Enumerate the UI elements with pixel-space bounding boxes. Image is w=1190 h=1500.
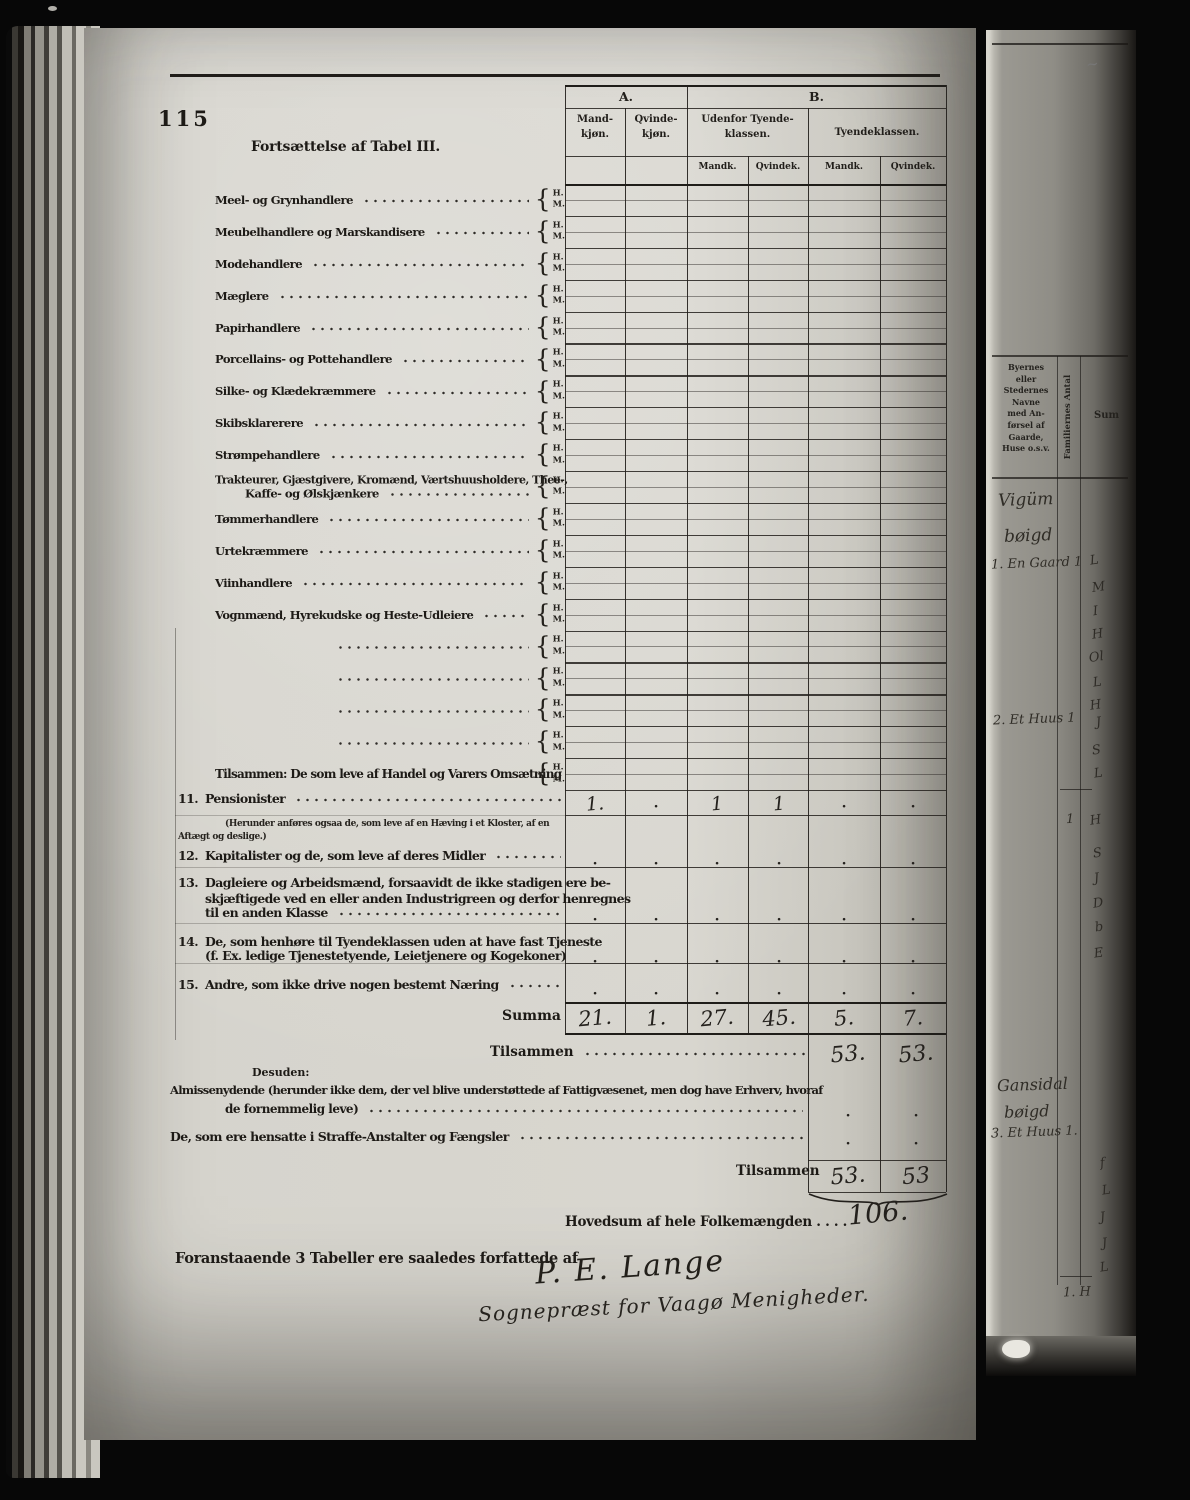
dotted-leader: [388, 493, 529, 497]
dotted-leader: [294, 798, 561, 802]
item-13-line1-with-number: 13.Dagleiere og Arbeidsmænd, forsaavidt …: [178, 875, 610, 890]
straffe-row: De, som ere hensatte i Straffe-Anstalter…: [170, 1130, 808, 1144]
value-dot: ·: [911, 856, 916, 872]
value-dot: ·: [842, 856, 847, 872]
dotted-leader: [508, 984, 561, 988]
occupation-label: Modehandlere: [215, 257, 302, 271]
dotted-leader: [482, 614, 529, 618]
value-dot: ·: [911, 912, 916, 928]
tilsammen2-label: Tilsammen: [736, 1163, 820, 1179]
brace-glyph: {: [535, 667, 551, 690]
adjacent-page-paper: [986, 30, 1136, 1360]
hm-letters: H. M.: [553, 603, 565, 626]
hm-letters: H. M.: [553, 252, 565, 275]
right-page-subtotal-line: [1060, 789, 1092, 790]
brace-glyph: {: [535, 635, 551, 658]
value-dot: ·: [654, 912, 659, 928]
grid-line: [565, 815, 946, 816]
brace-glyph: {: [535, 380, 551, 403]
right-page-fragment: M: [1091, 579, 1106, 596]
brace-glyph: {: [535, 603, 551, 626]
grid-line: [565, 599, 946, 600]
item-label: De, som henhøre til Tyendeklassen uden a…: [205, 934, 602, 949]
right-page-rotated-header: Familiernes Antal: [1063, 371, 1073, 463]
grid-line: [565, 407, 946, 408]
grid-line: [565, 758, 946, 759]
occupation-row: Porcellains- og Pottehandlere{H. M.: [215, 343, 563, 375]
occupation-row: Silke- og Klædekræmmere{H. M.: [215, 375, 563, 407]
grid-line: [565, 156, 946, 157]
right-page-column-line: [1057, 356, 1058, 1285]
item-label: Pensionister: [205, 792, 285, 806]
occupation-row-content: Vognmænd, Hyrekudske og Heste-Udleiere: [215, 608, 531, 622]
handwritten-value: 21.: [577, 1005, 612, 1032]
hm-letters: H. M.: [553, 348, 565, 371]
grid-line: [565, 551, 946, 552]
spacer: [215, 739, 327, 740]
grid-line: [565, 923, 946, 924]
occupation-row: Urtekræmmere{H. M.: [215, 535, 563, 567]
handwritten-value: 1.: [585, 792, 605, 815]
hm-letters: H. M.: [553, 380, 565, 403]
right-page-fragment: L: [1101, 1182, 1112, 1198]
grid-line: [565, 391, 946, 392]
subcol-mandk-2: Mandk.: [808, 161, 880, 174]
dotted-leader: [385, 391, 529, 395]
dotted-leader: [336, 742, 529, 746]
value-dot: ·: [914, 1108, 919, 1124]
dotted-leader: [278, 295, 529, 299]
handwritten-value: 1.: [645, 1005, 667, 1031]
col-qvindekjon: Qvinde- kjøn.: [625, 113, 687, 142]
dotted-leader: [336, 678, 529, 682]
grid-line: [565, 867, 946, 868]
almisse-line2-row: de fornemmelig leve): [225, 1103, 805, 1116]
right-page-fragment: Ol: [1088, 649, 1105, 666]
handwritten-value: 53: [901, 1163, 931, 1190]
dotted-leader: [301, 582, 529, 586]
brace-glyph: {: [535, 284, 551, 307]
col-mandkjon: Mand- kjøn.: [565, 113, 625, 142]
value-dot: ·: [715, 856, 720, 872]
dotted-leader: [494, 855, 561, 859]
occupation-label: Meubelhandlere og Marskandisere: [215, 225, 425, 239]
occupation-label: Trakteurer, Gjæstgivere, Kromænd, Værtsh…: [215, 473, 531, 486]
dust-speck: [48, 6, 57, 11]
handwritten-value: 5.: [833, 1005, 855, 1031]
handwritten-value: 45.: [761, 1005, 796, 1032]
right-page-column-line: [1080, 356, 1081, 1285]
right-page-fragment: S: [1091, 742, 1102, 758]
occupation-label-line2: Kaffe- og Ølskjænkere: [245, 486, 531, 500]
right-page-entry: 1. H: [1063, 1285, 1091, 1301]
value-dot: ·: [842, 954, 847, 970]
margin-rule: [175, 628, 176, 1040]
occupation-row: Tilsammen: De som leve af Handel og Vare…: [215, 758, 563, 790]
page-number: 115: [158, 106, 211, 131]
occupation-row: Meel- og Grynhandlere{H. M.: [215, 184, 563, 216]
grid-line: [565, 615, 946, 616]
grid-line: [565, 375, 946, 376]
hm-bracket: {H. M.: [535, 252, 565, 275]
hm-bracket: {H. M.: [535, 763, 565, 786]
spacer: [215, 675, 327, 676]
tilsammen-label: Tilsammen: [490, 1045, 574, 1060]
dotted-leader: [311, 263, 529, 267]
hm-letters: H. M.: [553, 412, 565, 435]
hm-bracket: {H. M.: [535, 476, 565, 499]
occupation-row: {H. M.: [215, 726, 563, 758]
brace-glyph: {: [535, 221, 551, 244]
item-row-12: 12. Kapitalister og de, som leve af dere…: [178, 849, 563, 863]
occupation-row-content: [215, 707, 531, 714]
value-dot: ·: [842, 799, 847, 815]
dotted-leader: [329, 455, 529, 459]
grid-line: [565, 423, 946, 424]
occupation-row: Meubelhandlere og Marskandisere{H. M.: [215, 216, 563, 248]
value-dot: ·: [846, 1136, 851, 1152]
occupation-row-content: Viinhandlere: [215, 576, 531, 590]
grid-line: [565, 184, 946, 186]
item-label: Andre, som ikke drive nogen bestemt Næri…: [205, 978, 499, 992]
right-page-fragment: L: [1092, 674, 1103, 690]
hovedsum-label: Hovedsum af hele Folkemængden . . . .: [565, 1214, 847, 1230]
value-dot: ·: [777, 954, 782, 970]
item-13-line3-row: til en anden Klasse: [205, 906, 563, 920]
almisse-line2: de fornemmelig leve): [225, 1103, 358, 1116]
occupation-label: Tømmerhandlere: [215, 512, 318, 526]
right-page-header-top-line: [992, 355, 1128, 357]
hm-letters: H. M.: [553, 284, 565, 307]
brace-glyph: {: [535, 444, 551, 467]
dotted-leader: [362, 199, 529, 203]
hovedsum-value: 106.: [847, 1195, 910, 1231]
grid-line: [565, 328, 946, 329]
value-dot: ·: [914, 1136, 919, 1152]
grid-line: [565, 216, 946, 217]
grid-line: [565, 790, 946, 791]
occupation-label: Strømpehandlere: [215, 448, 320, 462]
hm-bracket: {H. M.: [535, 220, 565, 243]
right-page-fragment: H: [1089, 812, 1102, 828]
grid-line: [565, 200, 946, 201]
grid-line: [565, 296, 946, 297]
occupation-row: Modehandlere{H. M.: [215, 248, 563, 280]
occupation-label: Urtekræmmere: [215, 544, 308, 558]
dotted-leader: [336, 646, 529, 650]
occupation-row: {H. M.: [215, 662, 563, 694]
occupation-row: Vognmænd, Hyrekudske og Heste-Udleiere{H…: [215, 599, 563, 631]
occupation-label: Papirhandlere: [215, 321, 300, 335]
occupation-row: Papirhandlere{H. M.: [215, 312, 563, 344]
dotted-leader: [317, 550, 529, 554]
right-page-fragment: L: [1093, 765, 1104, 781]
grid-line: [565, 662, 946, 663]
grid-line: [808, 1160, 946, 1161]
grid-line: [808, 108, 809, 1192]
value-dot: ·: [654, 856, 659, 872]
dotted-leader: [309, 327, 529, 331]
value-dot: ·: [777, 912, 782, 928]
right-page-entry: bøigd: [1004, 525, 1053, 547]
brace-glyph: {: [535, 252, 551, 275]
right-page-entry: Vigüm: [998, 489, 1054, 511]
value-dot: ·: [593, 986, 598, 1002]
dotted-leader: [337, 912, 561, 916]
desuden-label: Desuden:: [252, 1066, 309, 1079]
brace-glyph: {: [535, 731, 551, 754]
grid-line: [565, 519, 946, 520]
right-page-top-rule: [992, 43, 1128, 45]
occupation-row-content: [215, 675, 531, 682]
brace-glyph: {: [535, 699, 551, 722]
item-13-line2: skjæftigede ved en eller anden Industrig…: [205, 891, 630, 906]
right-page-fragment: S: [1092, 845, 1103, 861]
grid-line: [565, 312, 946, 313]
occupation-row-content: Trakteurer, Gjæstgivere, Kromænd, Værtsh…: [215, 473, 531, 500]
tilsammen-row: Tilsammen: [490, 1045, 808, 1060]
brace-glyph: {: [535, 476, 551, 499]
hm-bracket: {H. M.: [535, 507, 565, 530]
grid-line: [175, 963, 565, 964]
col-group-b: B.: [687, 88, 946, 106]
occupation-row: Mæglere{H. M.: [215, 280, 563, 312]
item-label: (f. Ex. ledige Tjenestetyende, Leietjene…: [205, 949, 566, 963]
brace-glyph: {: [535, 189, 551, 212]
brace-glyph: {: [535, 348, 551, 371]
hm-letters: H. M.: [553, 699, 565, 722]
right-page-fragment: L: [1099, 1259, 1110, 1275]
dotted-leader: [434, 231, 529, 235]
hm-letters: H. M.: [553, 667, 565, 690]
almisse-line1: Almissenydende (herunder ikke dem, der v…: [170, 1083, 823, 1097]
occupation-label: Meel- og Grynhandlere: [215, 193, 353, 207]
grid-line: [565, 85, 946, 87]
occupation-row-content: Silke- og Klædekræmmere: [215, 384, 531, 398]
right-page-entry: 1. En Gaard 1: [991, 554, 1083, 572]
occupation-row-content: Meel- og Grynhandlere: [215, 193, 531, 207]
occupation-row: {H. M.: [215, 630, 563, 662]
hm-letters: H. M.: [553, 220, 565, 243]
paper-highlight-spot: [1002, 1340, 1030, 1358]
straffe-label: De, som ere hensatte i Straffe-Anstalter…: [170, 1130, 509, 1144]
right-page-places-header: Byernes eller Stedernes Navne med An- fø…: [995, 362, 1057, 455]
grid-line: [565, 487, 946, 488]
value-dot: ·: [593, 954, 598, 970]
hm-bracket: {H. M.: [535, 571, 565, 594]
occupation-row: Skibsklarerere{H. M.: [215, 407, 563, 439]
occupation-row: Trakteurer, Gjæstgivere, Kromænd, Værtsh…: [215, 471, 563, 503]
grid-line: [565, 646, 946, 647]
value-dot: ·: [654, 986, 659, 1002]
hm-bracket: {H. M.: [535, 188, 565, 211]
right-page-entry: Gansidal: [997, 1074, 1068, 1095]
right-page-subtotal-line: [1060, 1276, 1092, 1277]
grid-line: [565, 694, 946, 695]
hm-bracket: {H. M.: [535, 667, 565, 690]
page-title: Fortsættelse af Tabel III.: [251, 139, 440, 155]
brace-glyph: {: [535, 763, 551, 786]
right-page-fragment: ~: [1085, 54, 1100, 74]
scanned-census-book-photo: 115 Fortsættelse af Tabel III. A. B. Man…: [0, 0, 1190, 1500]
occupation-label: Vognmænd, Hyrekudske og Heste-Udleiere: [215, 608, 473, 622]
item-number: 12.: [178, 849, 198, 863]
hm-letters: H. M.: [553, 476, 565, 499]
item-11-note-line2: Aftægt og deslige.): [178, 832, 266, 842]
occupation-label: Viinhandlere: [215, 576, 292, 590]
hm-bracket: {H. M.: [535, 699, 565, 722]
grid-line: [565, 742, 946, 743]
right-page-fragment: H: [1089, 697, 1102, 713]
occupation-row-content: Urtekræmmere: [215, 544, 531, 558]
item-row-11: 11. Pensionister: [178, 792, 563, 806]
grid-line: [565, 1033, 946, 1035]
top-rule: [170, 74, 940, 77]
subcol-qvindek-1: Qvindek.: [748, 161, 808, 174]
brace-glyph: {: [535, 412, 551, 435]
right-page-fragment: D: [1092, 895, 1104, 911]
grid-line: [175, 867, 565, 868]
grid-line: [565, 343, 946, 344]
grid-line: [565, 471, 946, 472]
occupation-row-content: [215, 739, 531, 746]
right-page-header-bottom-line: [992, 477, 1128, 479]
grid-line: [175, 815, 565, 816]
dotted-leader: [583, 1052, 806, 1056]
hm-letters: H. M.: [553, 763, 565, 786]
value-dot: ·: [654, 954, 659, 970]
item-label: til en anden Klasse: [205, 906, 328, 920]
dotted-leader: [401, 359, 529, 363]
occupation-row: Strømpehandlere{H. M.: [215, 439, 563, 471]
col-group-a: A.: [565, 88, 687, 106]
handwritten-value: 53.: [829, 1163, 866, 1191]
hm-bracket: {H. M.: [535, 348, 565, 371]
occupation-row-content: Strømpehandlere: [215, 448, 531, 462]
handwritten-value: 1: [772, 793, 786, 816]
occupation-row-content: Meubelhandlere og Marskandisere: [215, 225, 531, 239]
value-dot: ·: [911, 986, 916, 1002]
dotted-leader: [336, 710, 529, 714]
hm-letters: H. M.: [553, 571, 565, 594]
grid-line: [565, 359, 946, 360]
right-page-partial-heading: Sum: [1094, 410, 1119, 421]
right-page-fragment: H: [1091, 626, 1104, 642]
value-dot: ·: [842, 986, 847, 1002]
value-dot: ·: [715, 986, 720, 1002]
occupation-label: Mæglere: [215, 289, 269, 303]
value-dot: ·: [911, 799, 916, 815]
occupation-row-content: Mæglere: [215, 289, 531, 303]
value-dot: ·: [842, 912, 847, 928]
grid-line: [565, 567, 946, 568]
hm-letters: H. M.: [553, 316, 565, 339]
hm-letters: H. M.: [553, 539, 565, 562]
dotted-leader: [327, 518, 529, 522]
occupation-row: Tømmerhandlere{H. M.: [215, 503, 563, 535]
right-page-entry: bøigd: [1004, 1101, 1050, 1122]
dotted-leader: [367, 1109, 803, 1113]
handwritten-value: 1: [710, 793, 724, 816]
occupation-row-content: Modehandlere: [215, 257, 531, 271]
grid-line: [175, 923, 565, 924]
occupation-row-content: Papirhandlere: [215, 321, 531, 335]
item-label: Dagleiere og Arbeidsmænd, forsaavidt de …: [205, 875, 610, 890]
grid-line: [565, 280, 946, 281]
hm-bracket: {H. M.: [535, 284, 565, 307]
occupation-row-content: Tilsammen: De som leve af Handel og Vare…: [215, 767, 531, 781]
grid-line: [565, 439, 946, 440]
hm-bracket: {H. M.: [535, 539, 565, 562]
value-dot: ·: [846, 1108, 851, 1124]
value-dot: ·: [777, 986, 782, 1002]
grid-line: [565, 248, 946, 249]
item-11-note-line1: (Herunder anføres ogsaa de, som leve af …: [225, 819, 549, 829]
footer-attestation-line: Foranstaaende 3 Tabeller ere saaledes fo…: [175, 1250, 578, 1267]
spacer: [215, 707, 327, 708]
item-number: 13.: [178, 875, 198, 890]
grid-line: [565, 1002, 946, 1004]
value-dot: ·: [593, 856, 598, 872]
grid-line: [565, 710, 946, 711]
col-udenfor-tyende: Udenfor Tyende- klassen.: [687, 113, 808, 142]
value-dot: ·: [911, 954, 916, 970]
grid-line: [565, 264, 946, 265]
grid-line: [565, 108, 946, 109]
grid-line: [565, 726, 946, 727]
hm-bracket: {H. M.: [535, 412, 565, 435]
occupation-row-content: Tømmerhandlere: [215, 512, 531, 526]
occupation-row: {H. M.: [215, 694, 563, 726]
grid-line: [565, 774, 946, 775]
value-dot: ·: [715, 954, 720, 970]
brace-glyph: {: [535, 508, 551, 531]
col-tyendeklassen: Tyendeklassen.: [808, 126, 946, 141]
subcol-qvindek-2: Qvindek.: [880, 161, 946, 174]
handwritten-value: 27.: [699, 1005, 734, 1032]
grid-line: [565, 631, 946, 632]
grid-line: [565, 455, 946, 456]
brace-glyph: {: [535, 571, 551, 594]
dotted-leader: [518, 1136, 806, 1140]
value-dot: ·: [715, 912, 720, 928]
hm-letters: H. M.: [553, 444, 565, 467]
item-label: Kapitalister og de, som leve af deres Mi…: [205, 849, 485, 863]
right-page-fragment: E: [1093, 945, 1104, 961]
hm-letters: H. M.: [553, 635, 565, 658]
grid-line: [565, 678, 946, 679]
hm-bracket: {H. M.: [535, 316, 565, 339]
grid-line: [565, 963, 946, 964]
right-page-entry: 2. Et Huus 1: [993, 711, 1076, 729]
occupation-label: Skibsklarerere: [215, 416, 303, 430]
grid-line: [565, 503, 946, 504]
brace-glyph: {: [535, 316, 551, 339]
item-number: 15.: [178, 978, 198, 992]
brace-glyph: {: [535, 540, 551, 563]
right-page-entry: 3. Et Huus 1.: [991, 1123, 1078, 1141]
item-number: 14.: [178, 934, 198, 949]
grid-line: [565, 232, 946, 233]
handwritten-value: 7.: [902, 1005, 924, 1031]
item-number: 11.: [178, 792, 198, 806]
occupation-label: Silke- og Klædekræmmere: [215, 384, 376, 398]
hm-bracket: {H. M.: [535, 380, 565, 403]
right-page-fragment: L: [1089, 552, 1100, 568]
occupation-row-content: Skibsklarerere: [215, 416, 531, 430]
occupation-row-content: [215, 643, 531, 650]
occupation-label: Tilsammen: De som leve af Handel og Vare…: [215, 767, 561, 781]
